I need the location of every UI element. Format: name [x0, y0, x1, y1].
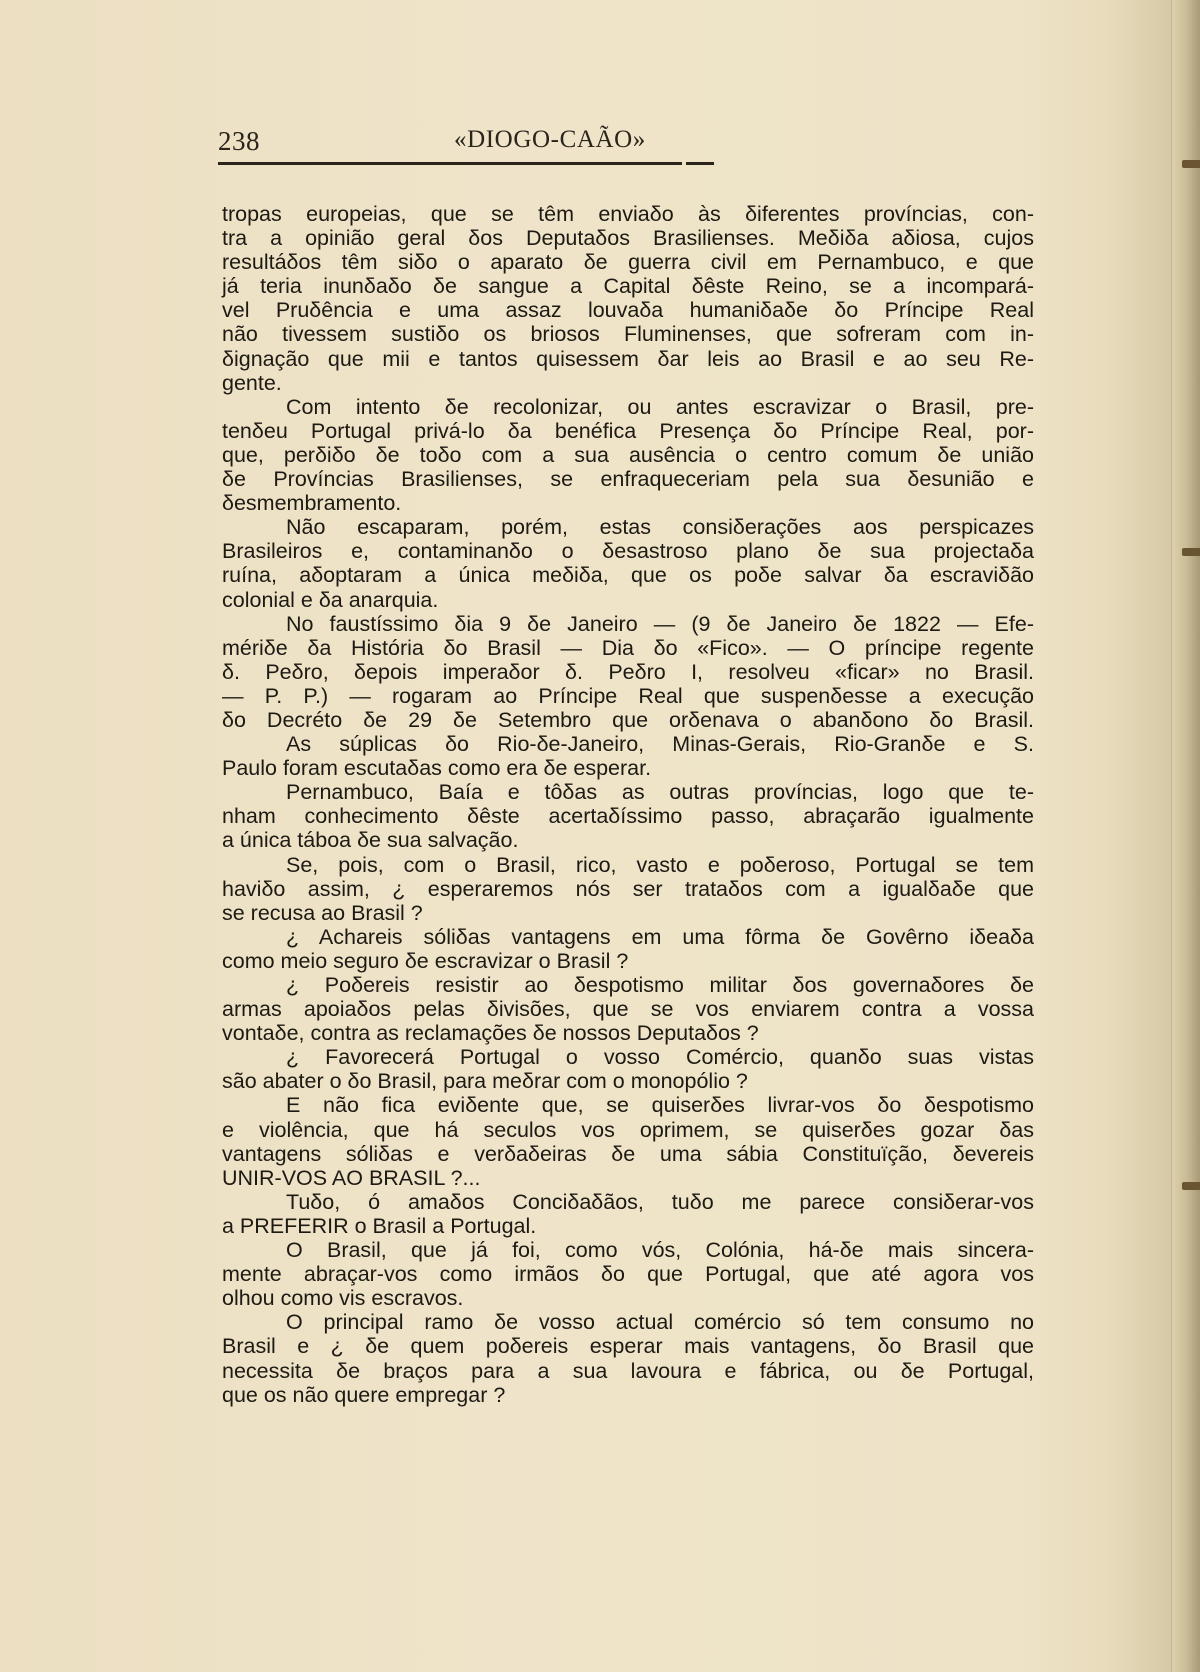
- text-line: δesmembramento.: [222, 491, 1034, 515]
- text-line: ¿ Poδereis resistir ao δespotismo milita…: [222, 973, 1034, 997]
- text-line: a PREFERIR o Brasil a Portugal.: [222, 1214, 1034, 1238]
- text-line: já teria inunδaδo δe sangue a Capital δê…: [222, 274, 1034, 298]
- text-line: Pernambuco, Baía e tôδas as outras proví…: [222, 780, 1034, 804]
- text-line: mente abraçar-vos como irmãos δo que Por…: [222, 1262, 1034, 1286]
- text-line: e violência, que há seculos vos oprimem,…: [222, 1118, 1034, 1142]
- text-line: vontaδe, contra as reclamações δe nossos…: [222, 1021, 1034, 1045]
- text-line: E não fica eviδente que, se quiserδes li…: [222, 1093, 1034, 1117]
- text-line: ¿ Favorecerá Portugal o vosso Comércio, …: [222, 1045, 1034, 1069]
- text-line: Se, pois, com o Brasil, rico, vasto e po…: [222, 853, 1034, 877]
- text-line: As súplicas δo Rio-δe-Janeiro, Minas-Ger…: [222, 732, 1034, 756]
- text-line: δe Províncias Brasilienses, se enfraquec…: [222, 467, 1034, 491]
- text-line: O Brasil, que já foi, como vós, Colónia,…: [222, 1238, 1034, 1262]
- text-line: UNIR-VOS AO BRASIL ?...: [222, 1166, 1034, 1190]
- text-line: a única táboa δe sua salvação.: [222, 828, 1034, 852]
- text-line: são abater o δo Brasil, para meδrar com …: [222, 1069, 1034, 1093]
- text-line: No faustíssimo δia 9 δe Janeiro — (9 δe …: [222, 612, 1034, 636]
- text-line: ¿ Achareis sóliδas vantagens em uma fôrm…: [222, 925, 1034, 949]
- page-edge: [1171, 0, 1200, 1672]
- text-line: necessita δe braços para a sua lavoura e…: [222, 1359, 1034, 1383]
- text-line: tropas europeias, que se têm enviaδo às …: [222, 202, 1034, 226]
- text-line: nham conhecimento δêste acertaδíssimo pa…: [222, 804, 1034, 828]
- text-line: resultáδos têm siδo o aparato δe guerra …: [222, 250, 1034, 274]
- text-line: gente.: [222, 371, 1034, 395]
- text-line: armas apoiaδos pelas δivisões, que se vo…: [222, 997, 1034, 1021]
- header-rule: [218, 162, 714, 165]
- text-line: — P. P.) — rogaram ao Príncipe Real que …: [222, 684, 1034, 708]
- text-line: δ. Peδro, δepois imperaδor δ. Peδro I, r…: [222, 660, 1034, 684]
- text-line: olhou como vis escravos.: [222, 1286, 1034, 1310]
- running-title: «DIOGO-CAÃO»: [454, 126, 646, 154]
- text-line: se recusa ao Brasil ?: [222, 901, 1034, 925]
- book-page: 238 «DIOGO-CAÃO» tropas europeias, que s…: [0, 0, 1200, 1672]
- text-line: ruína, aδoptaram a única meδiδa, que os …: [222, 563, 1034, 587]
- text-line: não tivessem sustiδo os briosos Fluminen…: [222, 322, 1034, 346]
- text-line: Brasileiros e, contaminanδo o δesastroso…: [222, 539, 1034, 563]
- text-line: O principal ramo δe vosso actual comérci…: [222, 1310, 1034, 1334]
- text-line: Paulo foram escutaδas como era δe espera…: [222, 756, 1034, 780]
- text-line: mériδe δa História δo Brasil — Dia δo «F…: [222, 636, 1034, 660]
- page-edge-mark: [1182, 160, 1200, 168]
- text-line: vel Pruδência e uma assaz louvaδa humani…: [222, 298, 1034, 322]
- page-number: 238: [218, 126, 260, 157]
- running-header: 238 «DIOGO-CAÃO»: [218, 126, 714, 162]
- text-line: vantagens sóliδas e verδaδeiras δe uma s…: [222, 1142, 1034, 1166]
- page-edge-mark: [1182, 548, 1200, 556]
- body-text: tropas europeias, que se têm enviaδo às …: [222, 202, 1034, 1407]
- text-line: δo Decréto δe 29 δe Setembro que orδenav…: [222, 708, 1034, 732]
- text-line: δignação que mii e tantos quisessem δar …: [222, 347, 1034, 371]
- text-line: Não escaparam, porém, estas consiδeraçõe…: [222, 515, 1034, 539]
- text-line: tra a opinião geral δos Deputaδos Brasil…: [222, 226, 1034, 250]
- text-line: que os não quere empregar ?: [222, 1383, 1034, 1407]
- page-edge-mark: [1182, 1182, 1200, 1190]
- text-line: haviδo assim, ¿ esperaremos nós ser trat…: [222, 877, 1034, 901]
- text-line: como meio seguro δe escravizar o Brasil …: [222, 949, 1034, 973]
- text-line: tenδeu Portugal privá-lo δa benéfica Pre…: [222, 419, 1034, 443]
- text-line: Brasil e ¿ δe quem poδereis esperar mais…: [222, 1334, 1034, 1358]
- text-line: Tuδo, ó amaδos Conciδaδãos, tuδo me pare…: [222, 1190, 1034, 1214]
- text-line: colonial e δa anarquia.: [222, 588, 1034, 612]
- text-line: Com intento δe recolonizar, ou antes esc…: [222, 395, 1034, 419]
- text-line: que, perδiδo δe toδo com a sua ausência …: [222, 443, 1034, 467]
